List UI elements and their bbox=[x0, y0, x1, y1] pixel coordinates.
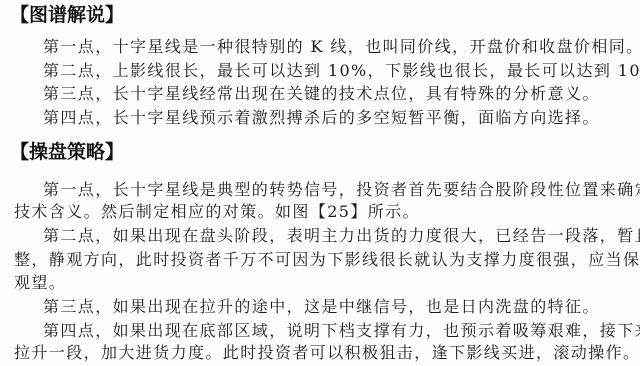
section-heading-chart-explanation: 【图谱解说】 bbox=[10, 4, 124, 26]
paragraph-line: 第二点，上影线很长，最长可以达到 10%，下影线也很长，最长可以达到 10%。 bbox=[43, 61, 640, 81]
paragraph-line: 第三点，如果出现在拉升的途中，这是中继信号，也是日内洗盘的特征。 bbox=[43, 297, 600, 317]
section-heading-trading-strategy: 【操盘策略】 bbox=[10, 141, 124, 163]
paragraph-line: 第三点，长十字星线经常出现在关键的技术点位，具有特殊的分析意义。 bbox=[43, 84, 600, 104]
paragraph-line: 技术含义。然后制定相应的对策。如图【25】所示。 bbox=[14, 202, 420, 222]
paragraph-line: 第一点，十字星线是一种很特别的 K 线，也叫同价线，开盘价和收盘价相同。 bbox=[43, 37, 640, 57]
paragraph-line: 观望。 bbox=[14, 273, 66, 293]
paragraph-line: 第四点，如果出现在底部区域，说明下档支撑有力，也预示着吸筹艰难，接下来即将 bbox=[43, 321, 640, 341]
paragraph-line: 拉升一段，加大进货力度。此时投资者可以积极狙击，逢下影线买进，滚动操作。 bbox=[14, 343, 640, 363]
document-page: 【图谱解说】 第一点，十字星线是一种很特别的 K 线，也叫同价线，开盘价和收盘价… bbox=[0, 0, 640, 366]
paragraph-line: 第一点，长十字星线是典型的转势信号，投资者首先要结合股阶段性位置来确定它的 bbox=[43, 180, 640, 200]
paragraph-line: 第四点，长十字星线预示着激烈搏杀后的多空短暂平衡，面临方向选择。 bbox=[43, 108, 600, 128]
paragraph-line: 整，静观方向，此时投资者千万不可因为下影线很长就认为支撑力度很强，应当保持 bbox=[14, 250, 640, 270]
paragraph-line: 第二点，如果出现在盘头阶段，表明主力出货的力度很大，已经告一段落，暂且休 bbox=[43, 226, 640, 246]
